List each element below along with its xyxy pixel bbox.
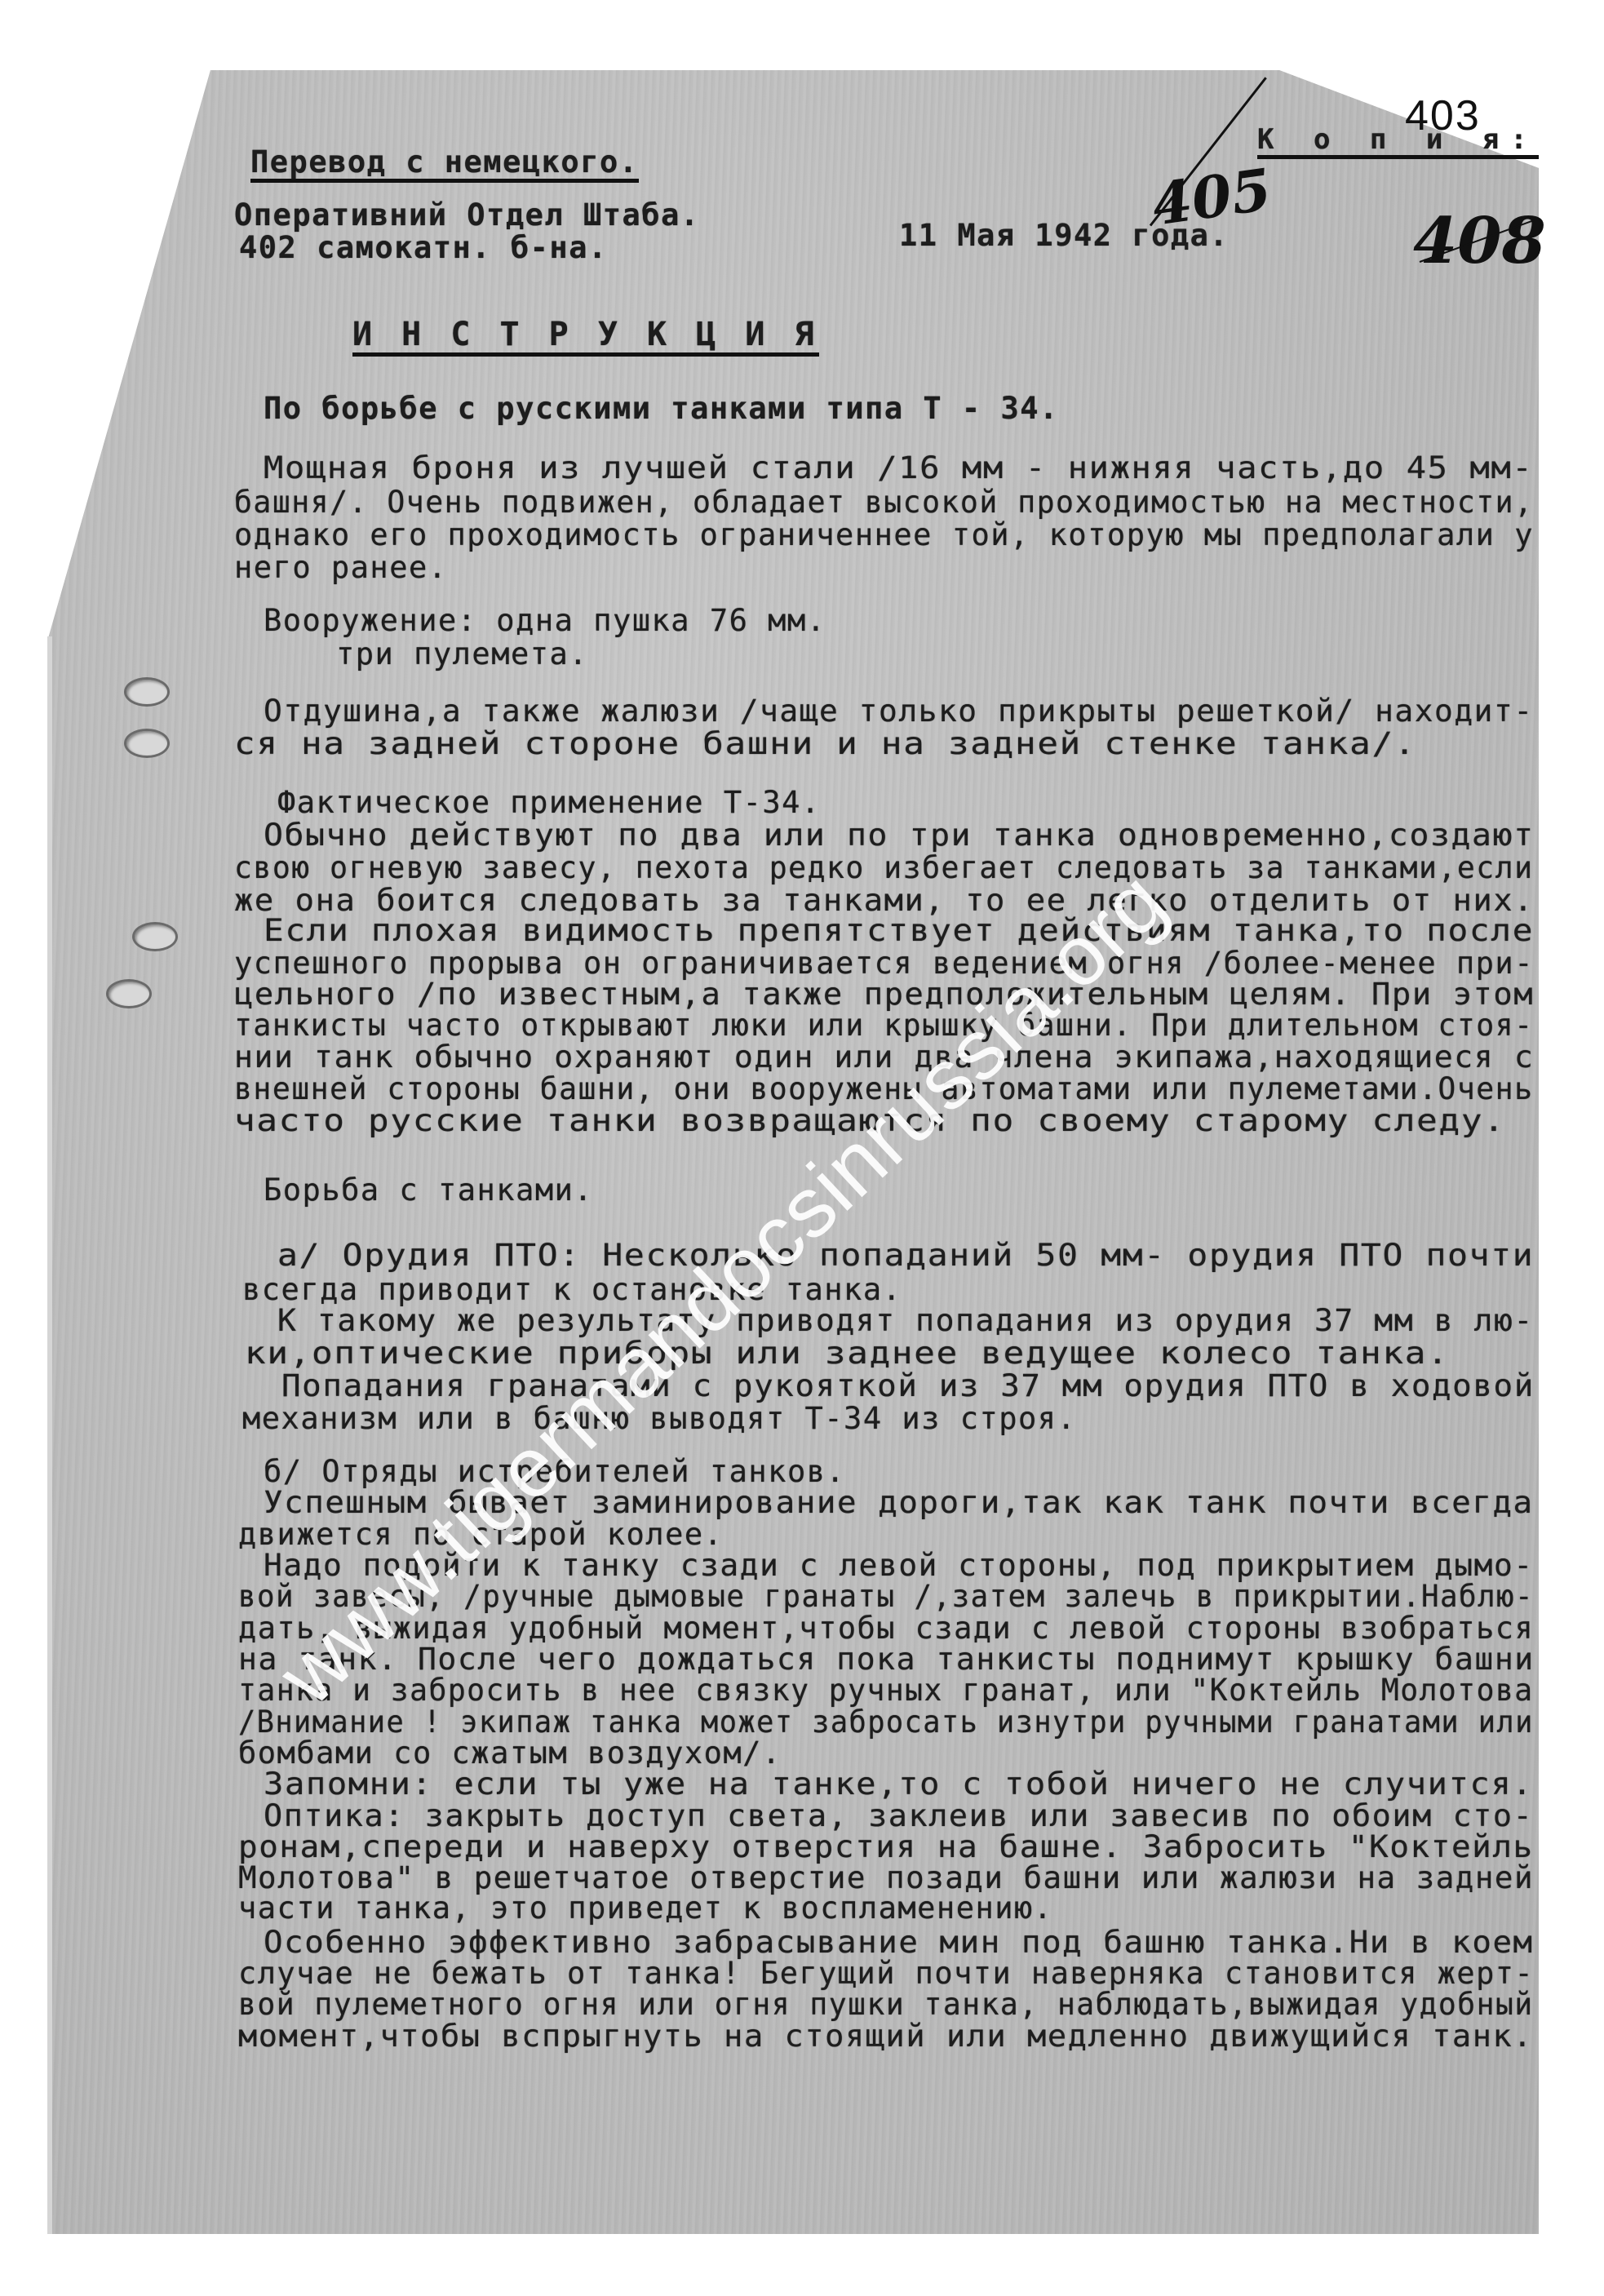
section-b-line: Особенно эффективно забрасывание мин под… [264,1927,1534,1957]
section-b-line: на танк. После чего дождаться пока танки… [238,1644,1535,1674]
usage-line: же она боится следовать за танками, то е… [234,885,1534,915]
section-b-line: Успешным бывает заминирование дороги,так… [264,1487,1534,1518]
armor-line: башня/. Очень подвижен, обладает высокой… [234,487,1534,517]
section-b-line: б/ Отряды истребителей танков. [264,1456,845,1487]
section-b-line: движется по старой колее. [238,1519,723,1549]
section-b-line: дать, выжидая удобный момент,чтобы сзади… [238,1613,1534,1643]
usage-line: внешней стороны башни, они вооружены авт… [234,1074,1534,1104]
section-b-line: Оптика: закрыть доступ света, заклеив ил… [264,1801,1533,1831]
usage-line: Если плохая видимость препятствует дейст… [264,915,1534,946]
handwritten-number-right: 408 [1413,204,1546,278]
usage-line: цельного /по известным,а также предполож… [234,979,1534,1009]
fight-heading: Борьба с танками. [264,1175,593,1205]
section-b-line: танка и забросить в нее связку ручных гр… [238,1675,1534,1705]
section-a-line: Попадания гранатами с рукояткой из 37 мм… [281,1371,1535,1401]
section-a-line: К такому же результату приводят попадани… [277,1305,1534,1336]
section-b-line: случае не бежать от танка! Бегущий почти… [238,1958,1534,1988]
usage-line: часто русские танки возвращаются по свое… [234,1106,1506,1136]
section-b-line: вой пулеметного огня или огня пушки танк… [238,1989,1534,2019]
section-b-line: Надо подойти к танку сзади с левой сторо… [264,1550,1534,1580]
usage-heading: Фактическое применение Т-34. [277,787,821,818]
usage-line: свою огневую завесу, пехота редко избега… [234,853,1534,883]
document-title: И Н С Т Р У К Ц И Я [352,318,819,357]
section-b-line: Запомни: если ты уже на танке,то с тобой… [264,1769,1533,1799]
section-b-line: вой завесы, /ручные дымовые гранаты /,за… [238,1581,1534,1611]
section-b-line: ронам,спереди и наверху отверстия на баш… [238,1832,1534,1862]
translation-note: Перевод с немецкого. [250,147,639,183]
section-b-line: Молотова" в решетчатое отверстие позади … [238,1863,1534,1893]
section-a-line: всегда приводит к остановке танка. [242,1274,902,1305]
section-a-line: механизм или в башню выводят Т-34 из стр… [242,1403,1076,1434]
vents-line: Отдушина,а также жалюзи /чаще только при… [264,696,1534,726]
issuer-line-1: Оперативний Отдел Штаба. [234,200,700,230]
section-b-line: части танка, это приведет к воспламенени… [238,1893,1053,1923]
armor-line: него ранее. [234,552,448,583]
section-b-line: бомбами со сжатым воздухом/. [238,1738,782,1768]
usage-line: Обычно действуют по два или по три танка… [264,820,1535,850]
document-date: 11 Мая 1942 года. [899,220,1229,250]
punch-hole-icon [106,979,152,1008]
armament-line: Вооружение: одна пушка 76 мм. [264,605,826,636]
vents-line: ся на задней стороне башни и на задней с… [234,729,1416,759]
issuer-line-2: 402 самокатн. б-на. [239,233,608,263]
usage-line: нии танк обычно охраняют один или два чл… [234,1042,1534,1072]
section-a-line: ки,оптические приборы или заднее ведущее… [245,1338,1449,1368]
copy-label: К о п и я: [1257,126,1539,159]
section-b-line: /Внимание ! экипаж танка может забросать… [238,1707,1534,1737]
punch-hole-icon [132,922,178,951]
usage-line: танкисты часто открывают люки или крышку… [234,1010,1534,1040]
armament-line: три пулемета. [336,639,588,669]
usage-line: успешного прорыва он ограничивается веде… [234,948,1534,978]
punch-hole-icon [124,729,170,758]
page-edge [47,636,52,2234]
armor-line: Мощная броня из лучшей стали /16 мм - ни… [264,453,1533,483]
section-a-line: а/ Орудия ПТО: Несколько попаданий 50 мм… [277,1240,1534,1270]
armor-line: однако его проходимость ограниченнее той… [234,520,1534,550]
section-b-line: момент,чтобы вспрыгнуть на стоящий или м… [238,2021,1533,2051]
punch-hole-icon [124,677,170,707]
document-subtitle: По борьбе с русскими танками типа Т - 34… [264,393,1059,423]
